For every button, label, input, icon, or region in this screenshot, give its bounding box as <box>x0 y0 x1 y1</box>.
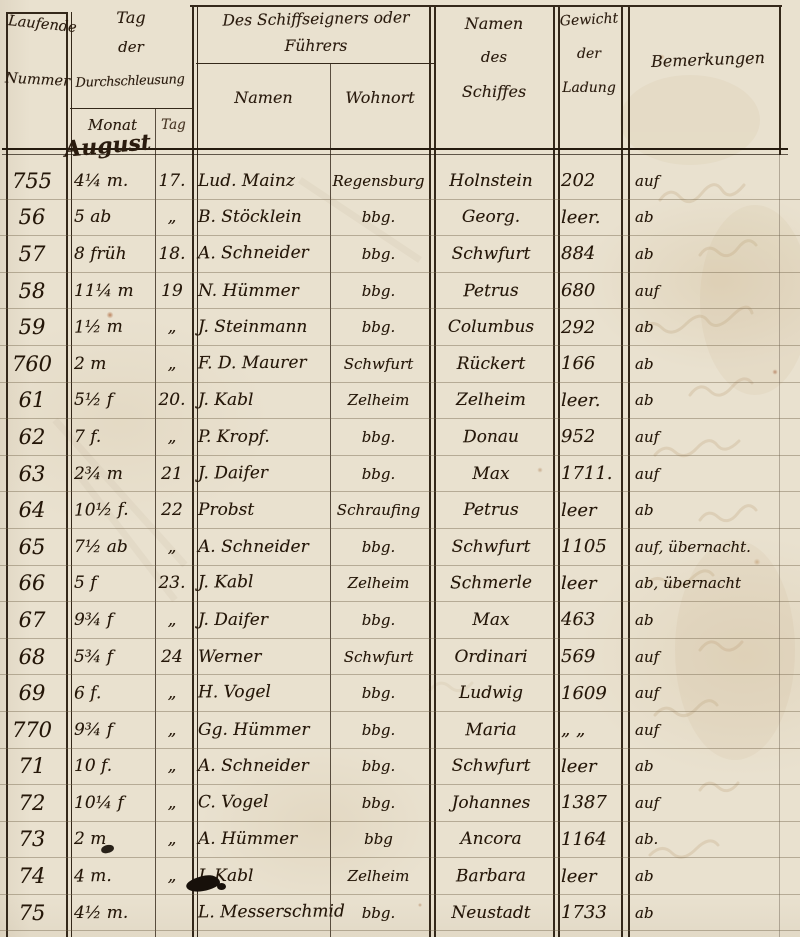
cell-day-of-month: 21 <box>152 464 192 484</box>
cell-remark: ab. <box>623 830 800 848</box>
cell-lock-time: 8 früh <box>64 244 152 264</box>
cell-running-number: 770 <box>0 718 64 742</box>
cell-lock-time: 2 m <box>64 354 152 374</box>
table-row: 591½ m„J. Steinmannbbg.Columbus292ab <box>0 309 800 346</box>
cell-captain-name: J. Steinmann <box>192 317 328 337</box>
cell-residence: Schwfurt <box>328 648 429 666</box>
table-row: 754½ m.L. Messerschmidbbg.Neustadt1733ab <box>0 895 800 932</box>
cell-running-number: 66 <box>0 571 64 595</box>
cell-cargo-weight: 1609 <box>553 683 623 704</box>
cell-captain-name: F. D. Maurer <box>192 352 328 373</box>
cell-captain-name: J. Daifer <box>192 610 328 630</box>
cell-remark: ab <box>623 318 800 336</box>
cell-running-number: 57 <box>0 242 64 266</box>
cell-running-number: 68 <box>0 645 64 669</box>
cell-lock-time: 5¾ f <box>64 647 152 667</box>
cell-ship-name: Max <box>429 464 553 484</box>
cell-cargo-weight: 680 <box>553 280 623 301</box>
cell-residence: bbg. <box>328 465 429 483</box>
cell-day-of-month: „ <box>152 610 192 630</box>
cell-cargo-weight: 952 <box>553 426 623 447</box>
cell-captain-name: J. Kabl <box>192 572 328 593</box>
cell-day-of-month: 19 <box>152 281 192 301</box>
header-cargo-line3: Ladung <box>550 80 628 96</box>
cell-residence: bbg. <box>328 684 429 702</box>
cell-remark: ab <box>623 501 800 519</box>
cell-lock-time: 9¾ f <box>64 720 152 740</box>
cell-remark: ab <box>623 757 800 775</box>
cell-residence: bbg. <box>328 282 429 300</box>
cell-ship-name: Ludwig <box>429 683 553 703</box>
cell-running-number: 67 <box>0 608 64 632</box>
rule-owner-subheader-top <box>196 63 434 64</box>
table-row: 6410½ f.22ProbstSchraufingPetrusleerab <box>0 492 800 529</box>
register-rows: 7554¼ m.17.Lud. MainzRegensburgHolnstein… <box>0 163 800 931</box>
lock-register-page: Laufende Nummer Tag der Durchschleusung … <box>0 0 800 937</box>
cell-remark: ab <box>623 208 800 226</box>
cell-captain-name: A. Schneider <box>192 756 328 776</box>
cell-residence: bbg <box>328 830 429 848</box>
cell-cargo-weight: 166 <box>553 353 623 374</box>
header-ship-line2: des <box>432 48 556 66</box>
header-cargo-line2: der <box>550 46 628 62</box>
cell-lock-time: 10 f. <box>64 756 152 776</box>
cell-running-number: 56 <box>0 205 64 229</box>
header-owner-line2: Führers <box>200 37 432 55</box>
cell-remark: auf, übernacht. <box>623 538 800 556</box>
cell-ship-name: Petrus <box>429 280 553 301</box>
table-row: 565 ab„B. Stöckleinbbg.Georg.leer.ab <box>0 200 800 237</box>
cell-cargo-weight: „ „ <box>553 719 623 740</box>
cell-ship-name: Rückert <box>429 354 553 374</box>
cell-cargo-weight: 884 <box>553 243 623 264</box>
cell-running-number: 58 <box>0 279 64 303</box>
table-row: 744 m.„J. KablZelheimBarbaraleerab <box>0 858 800 895</box>
cell-ship-name: Ancora <box>429 829 553 849</box>
cell-remark: auf <box>623 282 800 300</box>
cell-ship-name: Schwfurt <box>429 244 553 264</box>
rule-month-box-top <box>70 108 193 109</box>
cell-day-of-month: „ <box>152 683 192 703</box>
cell-remark: auf <box>623 794 800 812</box>
cell-residence: bbg. <box>328 428 429 446</box>
table-row: 7709¾ f„Gg. Hümmerbbg.Maria„ „auf <box>0 712 800 749</box>
table-row: 632¾ m21J. Daiferbbg.Max1711.auf <box>0 456 800 493</box>
cell-day-of-month: „ <box>152 317 192 337</box>
cell-ship-name: Ordinari <box>429 647 553 667</box>
cell-running-number: 760 <box>0 352 64 376</box>
cell-captain-name: H. Vogel <box>192 682 328 703</box>
cell-captain-name: A. Schneider <box>192 537 328 557</box>
cell-cargo-weight: 1164 <box>553 829 623 850</box>
cell-cargo-weight: leer <box>553 573 623 594</box>
cell-remark: auf <box>623 172 800 190</box>
cell-remark: auf <box>623 721 800 739</box>
cell-lock-time: 5 f <box>64 573 152 593</box>
cell-running-number: 62 <box>0 425 64 449</box>
cell-lock-time: 9¾ f <box>64 610 152 630</box>
cell-cargo-weight: leer. <box>553 390 623 411</box>
table-row: 7602 m„F. D. MaurerSchwfurtRückert166ab <box>0 346 800 383</box>
cell-ship-name: Neustadt <box>429 903 553 923</box>
cell-running-number: 63 <box>0 462 64 486</box>
cell-running-number: 71 <box>0 754 64 778</box>
rule-top-border <box>190 5 782 7</box>
cell-cargo-weight: 292 <box>553 317 623 338</box>
cell-remark: ab <box>623 391 800 409</box>
cell-cargo-weight: leer <box>553 866 623 887</box>
cell-ship-name: Donau <box>429 426 553 447</box>
header-ship-line1: Namen <box>432 14 556 33</box>
header-ship-line3: Schiffes <box>432 82 556 101</box>
rule-right-edge-header <box>779 5 781 155</box>
cell-cargo-weight: leer. <box>553 207 623 228</box>
cell-lock-time: 11¼ m <box>64 281 152 301</box>
cell-day-of-month: „ <box>152 354 192 374</box>
cell-residence: Zelheim <box>328 574 429 592</box>
cell-day-of-month: „ <box>152 829 192 849</box>
cell-cargo-weight: 569 <box>553 646 623 667</box>
table-row: 665 f23.J. KablZelheimSchmerleleerab, üb… <box>0 566 800 603</box>
cell-residence: Zelheim <box>328 391 429 409</box>
cell-lock-time: 4½ m. <box>64 903 152 923</box>
table-row: 5811¼ m19N. Hümmerbbg.Petrus680auf <box>0 273 800 310</box>
cell-running-number: 64 <box>0 498 64 522</box>
cell-residence: Schwfurt <box>328 355 429 373</box>
cell-remark: ab <box>623 355 800 373</box>
cell-day-of-month: 23. <box>152 573 192 593</box>
table-row: 679¾ f„J. Daiferbbg.Max463ab <box>0 602 800 639</box>
cell-ship-name: Max <box>429 610 553 630</box>
cell-running-number: 72 <box>0 791 64 815</box>
cell-day-of-month: „ <box>152 756 192 776</box>
header-date-line1: Tag <box>70 8 192 27</box>
cell-cargo-weight: 1733 <box>553 902 623 923</box>
cell-residence: bbg. <box>328 318 429 336</box>
cell-remark: ab <box>623 245 800 263</box>
cell-running-number: 755 <box>0 169 64 193</box>
cell-day-of-month: 20. <box>152 390 192 410</box>
cell-cargo-weight: leer <box>553 500 623 521</box>
table-row: 657½ ab„A. Schneiderbbg.Schwfurt1105auf,… <box>0 529 800 566</box>
cell-lock-time: 7½ ab <box>64 537 152 557</box>
cell-remark: ab <box>623 867 800 885</box>
cell-ship-name: Petrus <box>429 500 553 520</box>
cell-ship-name: Schwfurt <box>429 537 553 557</box>
cell-remark: auf <box>623 684 800 702</box>
table-row: 685¾ f24WernerSchwfurtOrdinari569auf <box>0 639 800 676</box>
cell-remark: ab, übernacht <box>623 574 800 592</box>
cell-captain-name: Lud. Mainz <box>192 171 328 191</box>
cell-lock-time: 5½ f <box>64 390 152 410</box>
cell-running-number: 59 <box>0 315 64 339</box>
header-number-line2: Nummer <box>5 70 66 89</box>
cell-residence: Schraufing <box>328 501 429 519</box>
cell-ship-name: Maria <box>429 719 553 740</box>
cell-day-of-month: 24 <box>152 647 192 667</box>
cell-lock-time: 5 ab <box>64 207 152 227</box>
cell-ship-name: Johannes <box>429 793 553 813</box>
cell-day-of-month: 22 <box>152 500 192 520</box>
cell-lock-time: 10½ f. <box>64 499 152 521</box>
cell-ship-name: Schwfurt <box>429 756 553 776</box>
cell-remark: auf <box>623 465 800 483</box>
cell-lock-time: 10¼ f <box>64 793 152 813</box>
header-owner-name-label: Namen <box>197 88 330 107</box>
cell-captain-name: A. Schneider <box>192 243 328 264</box>
cell-ship-name: Georg. <box>429 207 553 227</box>
header-owner-residence-label: Wohnort <box>330 88 430 107</box>
cell-running-number: 74 <box>0 864 64 888</box>
cell-lock-time: 2¾ m <box>64 464 152 484</box>
cell-ship-name: Holnstein <box>429 171 553 191</box>
table-row: 7210¼ f„C. Vogelbbg.Johannes1387auf <box>0 785 800 822</box>
cell-captain-name: N. Hümmer <box>192 281 328 301</box>
cell-residence: bbg. <box>328 721 429 739</box>
table-row: 615½ f20.J. KablZelheimZelheimleer.ab <box>0 383 800 420</box>
cell-remark: auf <box>623 428 800 446</box>
cell-cargo-weight: 463 <box>553 609 623 630</box>
cell-running-number: 75 <box>0 901 64 925</box>
cell-day-of-month: 17. <box>152 171 192 191</box>
cell-day-of-month: 18. <box>152 244 192 264</box>
cell-captain-name: Werner <box>192 647 328 667</box>
cell-day-of-month: „ <box>152 793 192 813</box>
cell-running-number: 73 <box>0 827 64 851</box>
cell-captain-name: J. Kabl <box>192 390 328 410</box>
cell-captain-name: B. Stöcklein <box>192 207 328 227</box>
cell-residence: bbg. <box>328 208 429 226</box>
cell-remark: ab <box>623 904 800 922</box>
cell-ship-name: Schmerle <box>429 573 553 594</box>
cell-captain-name: A. Hümmer <box>192 829 328 849</box>
cell-cargo-weight: 202 <box>553 170 623 191</box>
cell-captain-name: C. Vogel <box>192 791 328 812</box>
cell-captain-name: Probst <box>192 500 328 520</box>
cell-captain-name: J. Daifer <box>192 462 328 483</box>
cell-running-number: 65 <box>0 535 64 559</box>
cell-residence: bbg. <box>328 757 429 775</box>
cell-cargo-weight: 1105 <box>553 536 623 557</box>
cell-day-of-month: „ <box>152 720 192 740</box>
ink-blot <box>217 883 226 890</box>
cell-remark: auf <box>623 648 800 666</box>
cell-residence: bbg. <box>328 245 429 263</box>
cell-lock-time: 7 f. <box>64 427 152 447</box>
table-row: 696 f.„H. Vogelbbg.Ludwig1609auf <box>0 675 800 712</box>
table-row: 578 früh18.A. Schneiderbbg.Schwfurt884ab <box>0 236 800 273</box>
cell-cargo-weight: leer <box>553 756 623 777</box>
cell-lock-time: 6 f. <box>64 682 152 704</box>
cell-residence: bbg. <box>328 538 429 556</box>
header-date-line2: der <box>70 38 192 56</box>
cell-residence: Regensburg <box>328 172 429 190</box>
cell-running-number: 69 <box>0 681 64 705</box>
table-row: 7110 f.„A. Schneiderbbg.Schwfurtleerab <box>0 749 800 786</box>
cell-lock-time: 1½ m <box>64 316 152 338</box>
cell-captain-name: L. Messerschmid <box>192 901 328 922</box>
cell-running-number: 61 <box>0 388 64 412</box>
cell-residence: bbg. <box>328 611 429 629</box>
cell-lock-time: 4¼ m. <box>64 171 152 191</box>
cell-remark: ab <box>623 611 800 629</box>
table-row: 732 m„A. HümmerbbgAncora1164ab. <box>0 822 800 859</box>
cell-day-of-month: „ <box>152 537 192 557</box>
cell-day-of-month: „ <box>152 207 192 227</box>
cell-residence: Zelheim <box>328 867 429 885</box>
cell-cargo-weight: 1711. <box>553 463 623 484</box>
cell-captain-name: Gg. Hümmer <box>192 720 328 740</box>
table-row: 627 f.„P. Kropf.bbg.Donau952auf <box>0 419 800 456</box>
cell-ship-name: Columbus <box>429 317 553 337</box>
table-row: 7554¼ m.17.Lud. MainzRegensburgHolnstein… <box>0 163 800 200</box>
cell-captain-name: P. Kropf. <box>192 427 328 447</box>
cell-ship-name: Barbara <box>429 865 553 886</box>
cell-ship-name: Zelheim <box>429 390 553 410</box>
cell-residence: bbg. <box>328 794 429 812</box>
cell-day-of-month: „ <box>152 427 192 447</box>
cell-lock-time: 4 m. <box>64 865 152 887</box>
cell-cargo-weight: 1387 <box>553 792 623 813</box>
